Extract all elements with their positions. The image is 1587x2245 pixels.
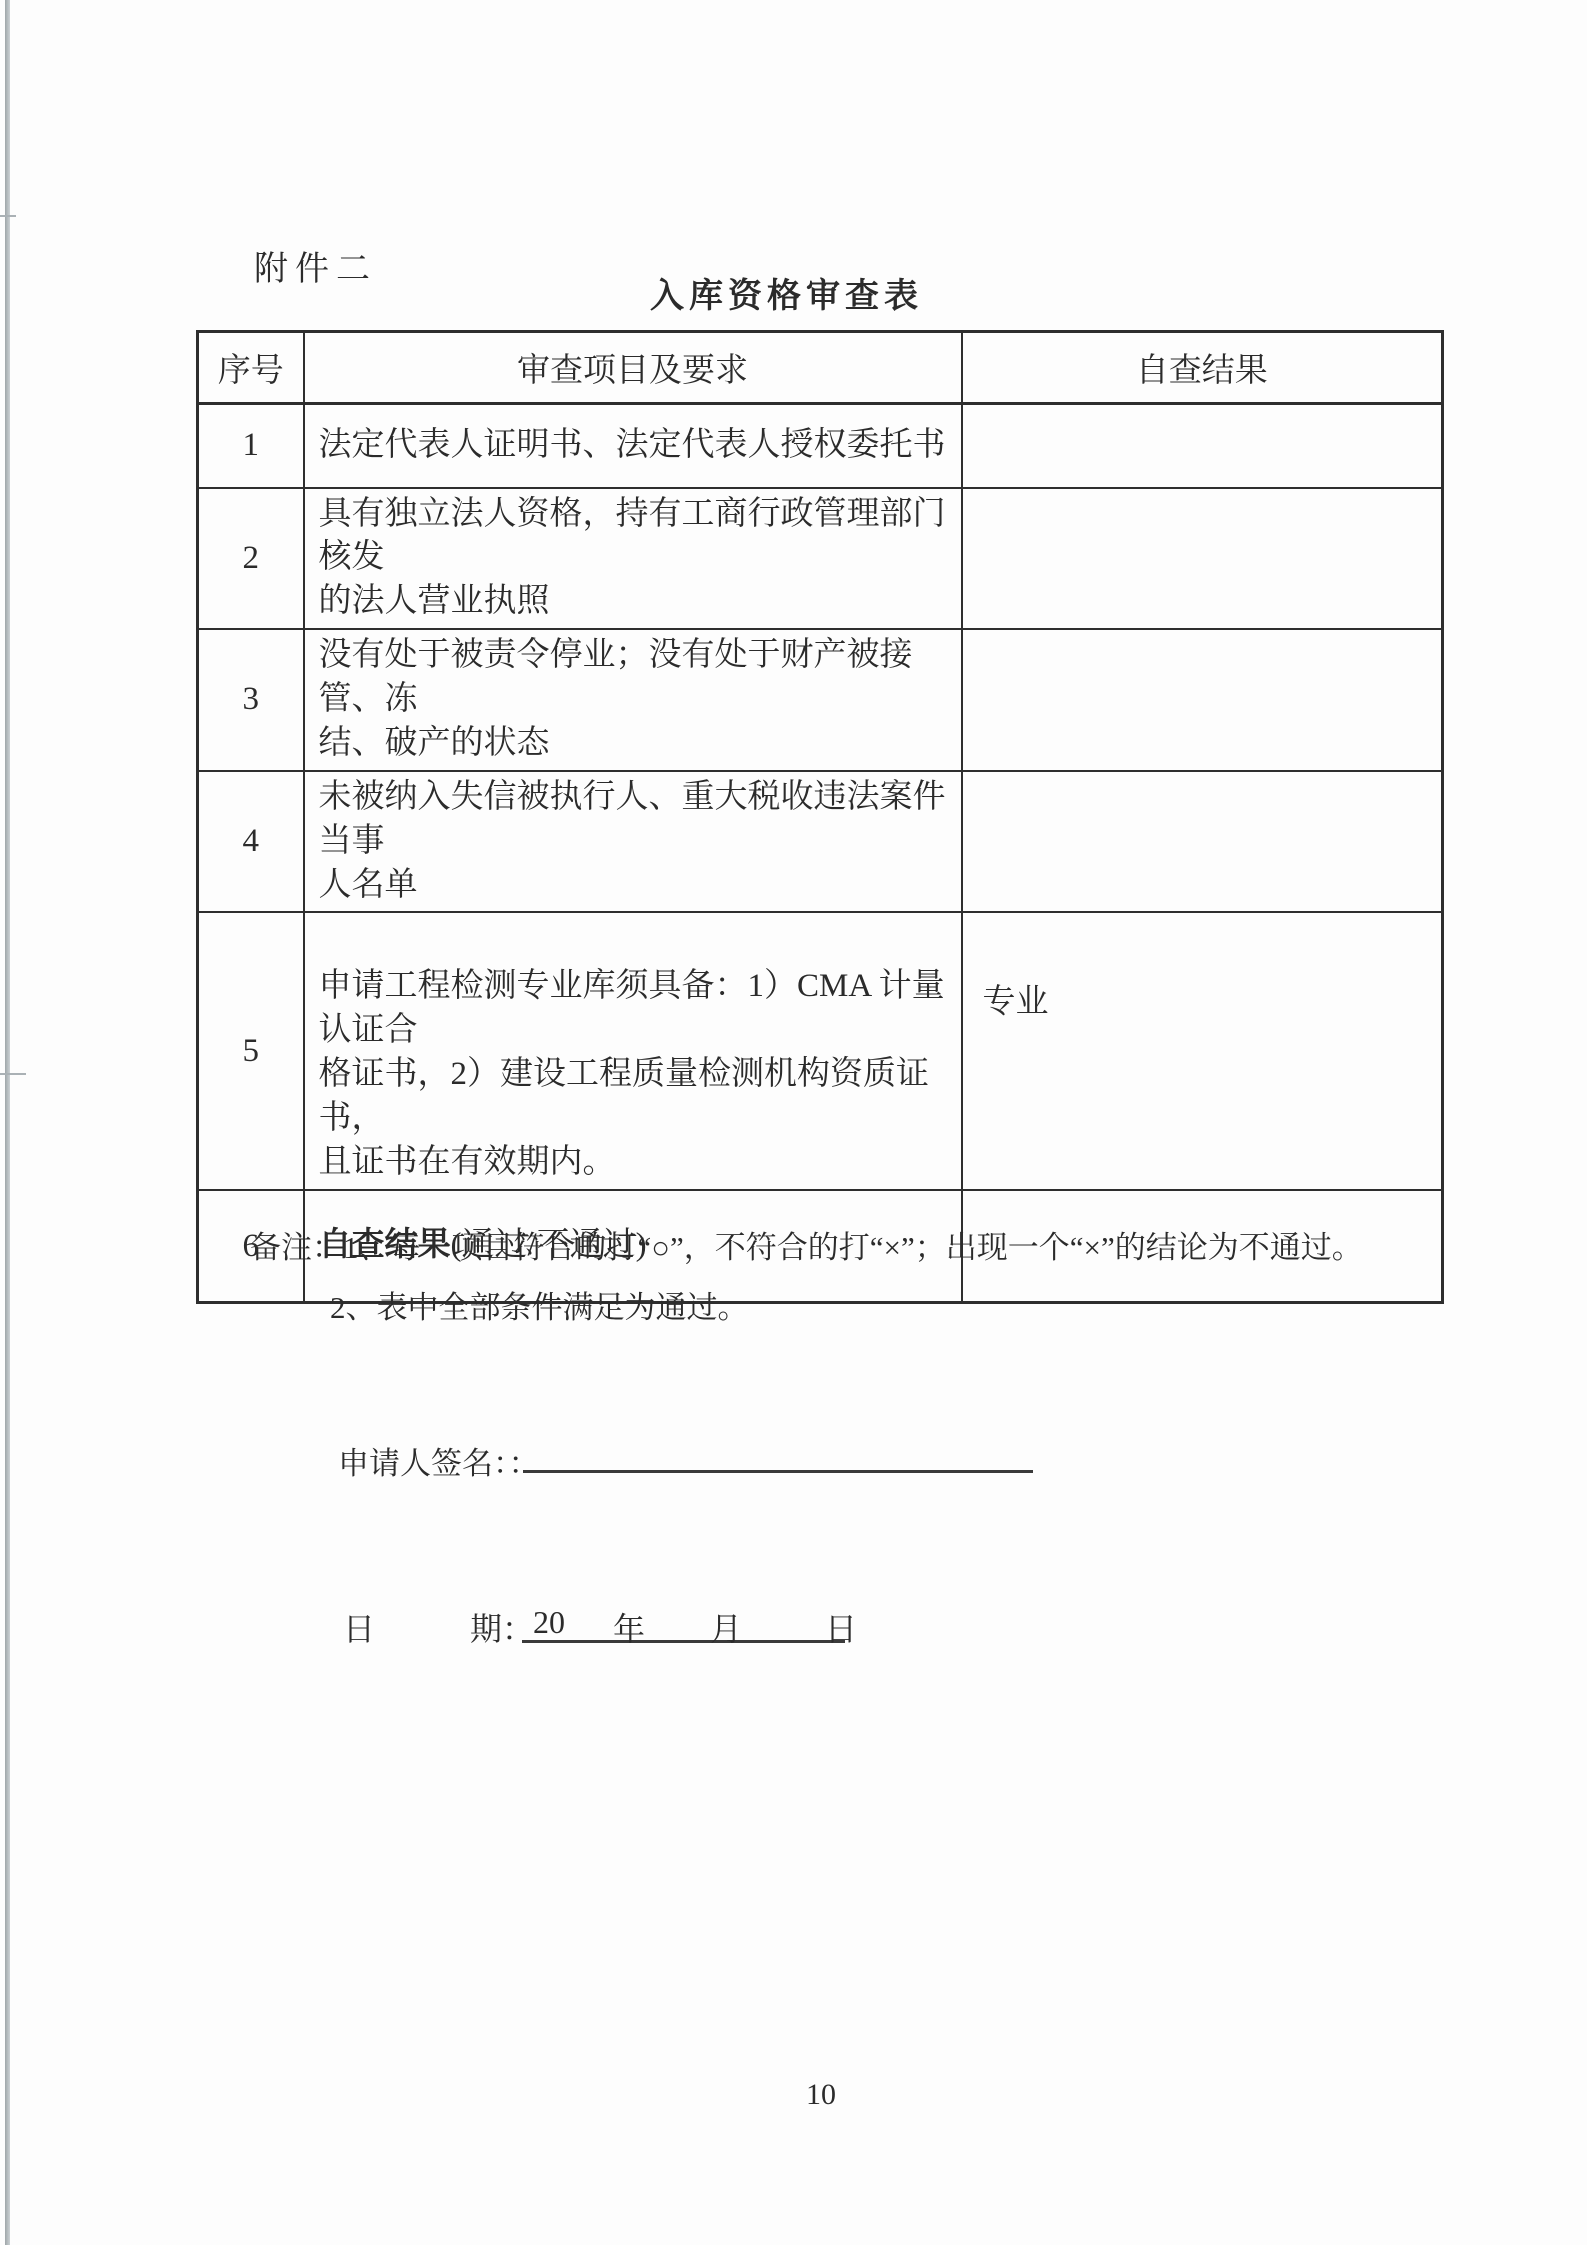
attachment-label: 附件二 [254,241,377,290]
applicant-signature-label: 申请人签名：： [338,1438,540,1483]
document-page: 附件二 入库资格审查表 序号 审查项目及要求 自查结果 1 法定代表人证明书、法… [0,0,1587,2245]
row-number: 4 [198,771,304,913]
row-result [962,404,1443,488]
signature-blank-line [523,1434,1033,1473]
row-number: 5 [198,912,304,1189]
table-row: 4 未被纳入失信被执行人、重大税收违法案件当事 人名单 [198,771,1443,913]
table-row: 1 法定代表人证明书、法定代表人授权委托书 [198,404,1443,488]
row-result [962,488,1443,630]
page-title: 入库资格审查表 [650,268,923,317]
row-item: 未被纳入失信被执行人、重大税收违法案件当事 人名单 [304,771,962,913]
date-label-ri: 日 [343,1604,375,1650]
qualification-review-table: 序号 审查项目及要求 自查结果 1 法定代表人证明书、法定代表人授权委托书 2 … [196,330,1444,1304]
row-item: 具有独立法人资格，持有工商行政管理部门核发 的法人营业执照 [304,488,962,630]
note-line-2: 2、表中全部条件满足为通过。 [330,1282,749,1327]
row-number: 3 [198,629,304,771]
scanner-tick-mark [0,1073,26,1075]
date-century: 20 [533,1604,565,1641]
note-line-1: 备注：1、每一项目符合的打“○”，不符合的打“×”；出现一个“×”的结论为不通过… [250,1222,1363,1267]
table-row: 5 申请工程检测专业库须具备：1）CMA 计量认证合 格证书，2）建设工程质量检… [198,912,1443,1189]
date-month-label: 月 [710,1604,742,1650]
scanner-edge-artifact [5,0,10,2245]
page-number: 10 [806,2078,836,2112]
date-year-label: 年 [613,1604,645,1650]
row-item: 没有处于被责令停业；没有处于财产被接管、冻 结、破产的状态 [304,629,962,771]
table-row: 3 没有处于被责令停业；没有处于财产被接管、冻 结、破产的状态 [198,629,1443,771]
row-number: 1 [198,404,304,488]
table-row: 2 具有独立法人资格，持有工商行政管理部门核发 的法人营业执照 [198,488,1443,630]
row-result [962,771,1443,913]
table-header-row: 序号 审查项目及要求 自查结果 [198,332,1443,404]
header-result: 自查结果 [962,332,1443,404]
date-blank-line: 20 年 月 日 [522,1602,845,1643]
row-item: 法定代表人证明书、法定代表人授权委托书 [304,404,962,488]
scanner-tick-mark [0,215,16,217]
header-no: 序号 [198,332,304,404]
row-number: 2 [198,488,304,630]
row-result [962,629,1443,771]
row-item: 申请工程检测专业库须具备：1）CMA 计量认证合 格证书，2）建设工程质量检测机… [304,912,962,1189]
date-day-label: 日 [825,1604,857,1650]
row-result: 专业 [962,912,1443,1189]
header-item: 审查项目及要求 [304,332,962,404]
